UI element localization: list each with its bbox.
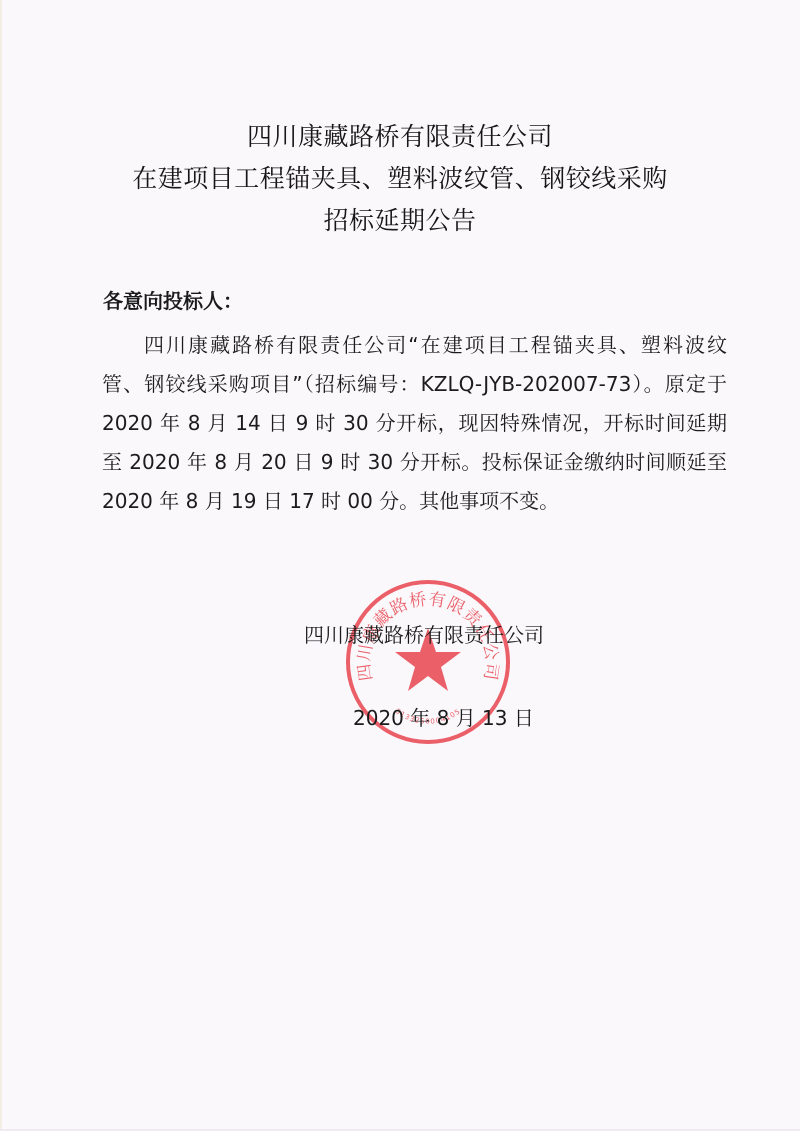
body-line-4: 至 2020 年 8 月 20 日 9 时 30 分开标。投标保证金缴纳时间顺延… xyxy=(102,443,727,482)
title-project: 在建项目工程锚夹具、塑料波纹管、钢铰线采购 xyxy=(0,158,800,200)
body-line-2: 管、钢铰线采购项目”（招标编号：KZLQ-JYB-202007-73）。原定于 xyxy=(102,365,727,404)
title-notice-type: 招标延期公告 xyxy=(0,200,800,242)
signature-date: 2020 年 8 月 13 日 xyxy=(353,703,534,733)
document-title: 四川康藏路桥有限责任公司 在建项目工程锚夹具、塑料波纹管、钢铰线采购 招标延期公… xyxy=(0,116,800,242)
title-company: 四川康藏路桥有限责任公司 xyxy=(0,116,800,158)
body-line-1: 四川康藏路桥有限责任公司“在建项目工程锚夹具、塑料波纹 xyxy=(102,326,727,365)
body-line-3: 2020 年 8 月 14 日 9 时 30 分开标，现因特殊情况，开标时间延期 xyxy=(102,404,727,443)
body-line-5: 2020 年 8 月 19 日 17 时 00 分。其他事项不变。 xyxy=(102,482,727,521)
notice-body: 四川康藏路桥有限责任公司“在建项目工程锚夹具、塑料波纹 管、钢铰线采购项目”（招… xyxy=(102,326,727,521)
signature-company: 四川康藏路桥有限责任公司 xyxy=(304,620,564,650)
salutation: 各意向投标人： xyxy=(103,286,243,316)
